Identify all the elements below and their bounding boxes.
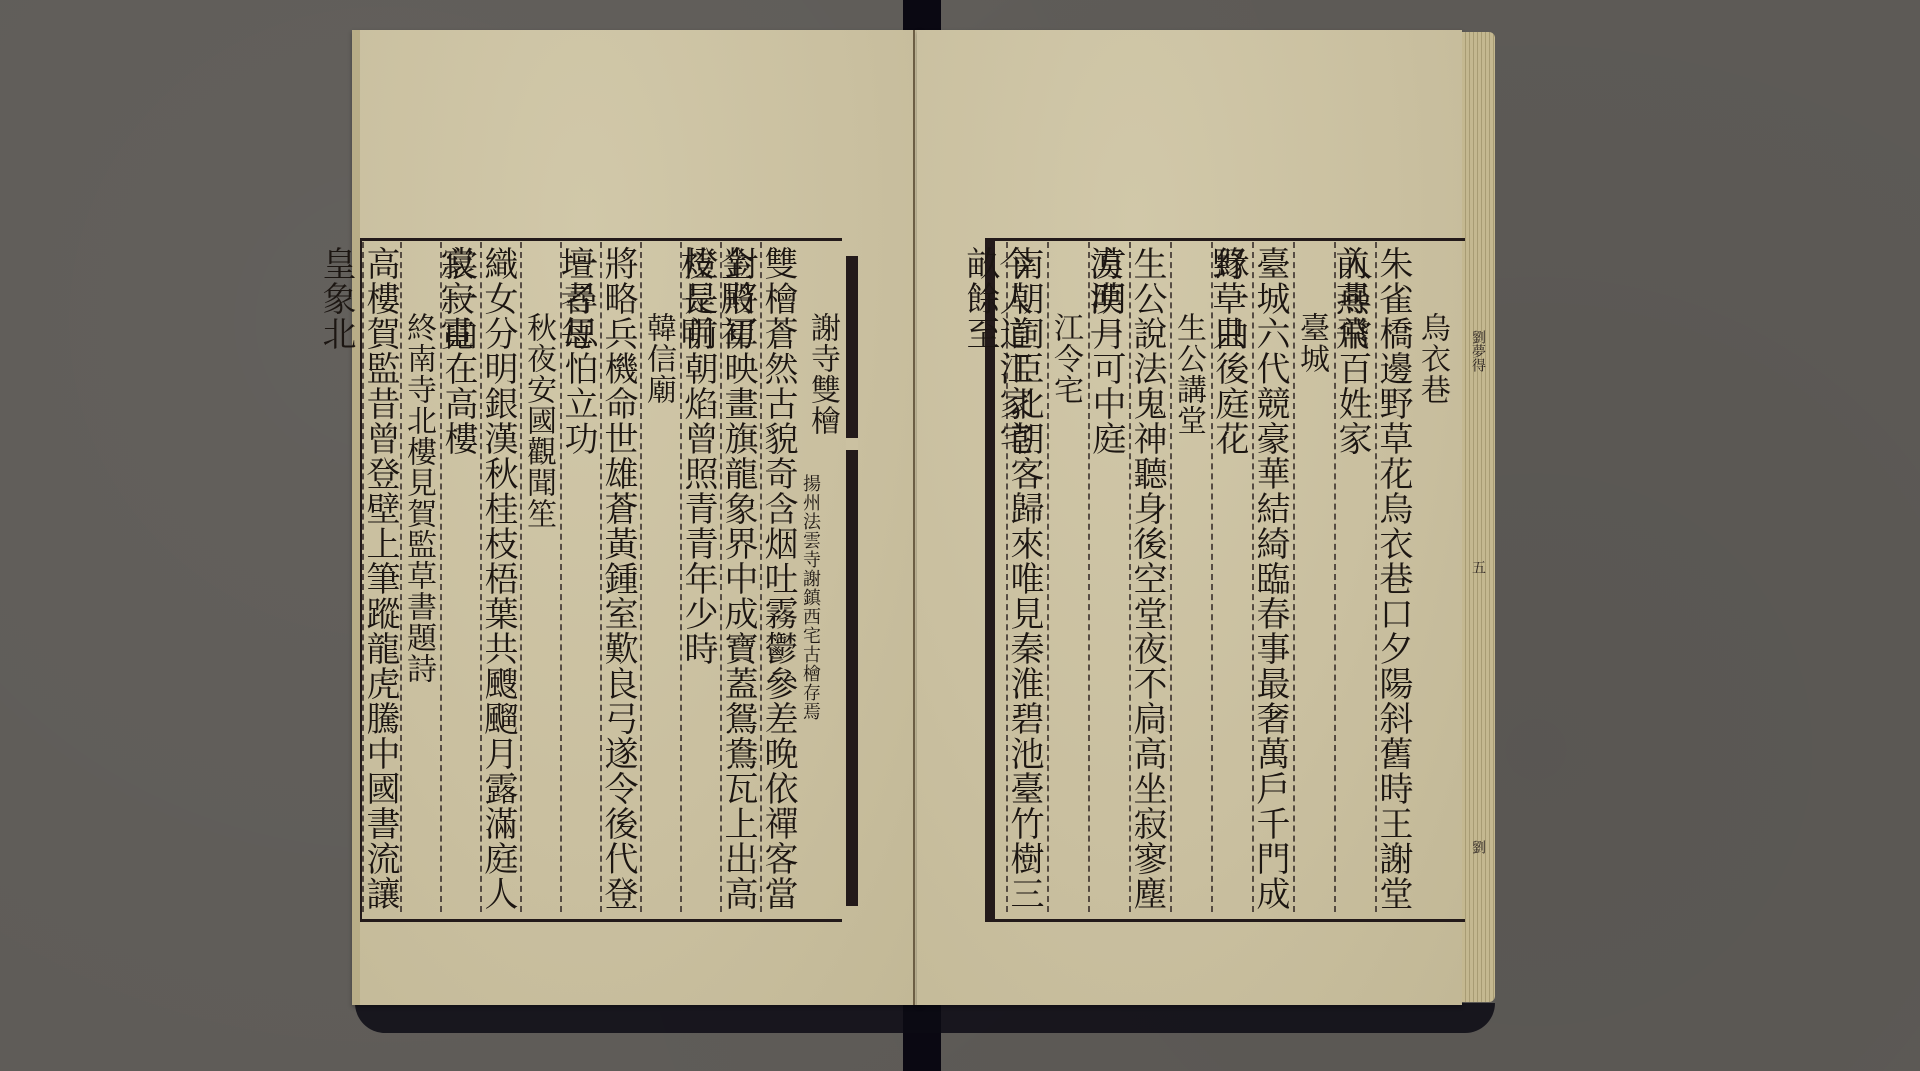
- poem-title: 秋夜安國觀聞笙: [520, 242, 560, 912]
- fore-edge-label: 劉夢得: [1468, 330, 1488, 372]
- book-shadow: [355, 1003, 1495, 1033]
- poem-title: 烏衣巷: [1410, 242, 1454, 912]
- poem-line: 將略兵機命世雄蒼黃鍾室歎良弓遂令後代登壇者每: [600, 242, 640, 912]
- poem-line: 對將軍映畫旗龍象界中成寶蓋鴛鴦瓦上出高枝長明: [720, 242, 760, 912]
- poem-line: 入尋常百姓家: [1334, 242, 1374, 912]
- poem-line: 臺城六代競豪華結綺臨春事最奢萬戶千門成野草只: [1252, 242, 1292, 912]
- fore-edge-label: 五: [1468, 560, 1488, 574]
- fishtail-gap: [846, 438, 858, 450]
- poem-line: 生公說法鬼神聽身後空堂夜不扃高坐寂寥塵漠漠一: [1129, 242, 1169, 912]
- fore-edge-label: 劉: [1468, 840, 1488, 854]
- poem-line: 一尋思怕立功: [560, 242, 600, 912]
- poem-title: 臺城: [1293, 242, 1333, 912]
- poem-line: 織女分明銀漢秋桂枝梧葉共颼飀月露滿庭人寂寂霓: [480, 242, 520, 912]
- poem-line: 方明月可中庭: [1088, 242, 1128, 912]
- poem-line: 高樓賀監昔曾登壁上筆蹤龍虎騰中國書流讓皇象北: [362, 242, 402, 912]
- poem-line: 朱雀橋邊野草花烏衣巷口夕陽斜舊時王謝堂前燕飛: [1375, 242, 1415, 912]
- fore-edge-stack: [1462, 32, 1495, 1002]
- poem-line: 雙檜蒼然古貌奇含烟吐霧鬱參差晚依禪客當金殿初: [760, 242, 800, 912]
- poem-title: 韓信廟: [640, 242, 680, 912]
- poem-line: 裳一曲在高樓: [440, 242, 480, 912]
- poem-title: 江令宅: [1047, 242, 1087, 912]
- poem-title: 生公講堂: [1170, 242, 1210, 912]
- block-center-fishtail: [846, 256, 858, 906]
- poem-line: 燈是前朝焰曾照青青年少時: [680, 242, 720, 912]
- gutter-fold: [913, 30, 915, 1005]
- poem-line: 緣一曲後庭花: [1211, 242, 1251, 912]
- poem-title: 終南寺北樓見賀監草書題詩: [400, 242, 440, 912]
- poem-line: 今人道江家宅: [995, 242, 1035, 912]
